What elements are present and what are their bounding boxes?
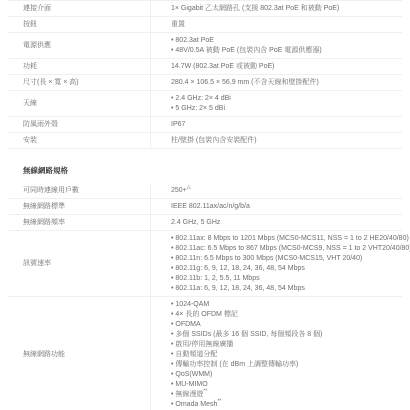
value-text: IP67 — [171, 121, 185, 128]
value-text: 250+ — [171, 187, 187, 194]
row-value: 802.3at PoE48V/0.5A 被動 PoE (包裝內含 PoE 電源供… — [150, 33, 402, 58]
value-line: 280.4 × 106.5 × 56.9 mm (不含天線和壁掛配件) — [171, 78, 396, 88]
value-text: 無線漫遊 — [175, 391, 203, 398]
value-text: 48V/0.5A 被動 PoE (包裝內含 PoE 電源供應器) — [175, 47, 321, 54]
value-line: Omada Mesh** — [171, 400, 396, 410]
value-text: 802.11a: 6, 9, 12, 18, 24, 36, 48, 54 Mb… — [175, 285, 304, 292]
row-value: 1× Gigabit 乙太網路孔 (支援 802.3at PoE 和被動 PoE… — [150, 1, 402, 16]
value-text: 1× Gigabit 乙太網路孔 (支援 802.3at PoE 和被動 PoE… — [171, 5, 339, 12]
value-line: 802.11g: 6, 9, 12, 18, 24, 36, 48, 54 Mb… — [171, 264, 410, 274]
row-label: 電源供應 — [8, 33, 150, 58]
row-value: 802.11ax: 8 Mbps to 1201 Mbps (MCS0-MCS1… — [150, 231, 410, 296]
value-text: 5 GHz: 2× 5 dBi — [175, 105, 225, 112]
value-line: 1024-QAM — [171, 300, 396, 310]
value-text: 重置 — [171, 21, 185, 28]
value-line: 傳輸功率控制 (在 dBm 上調整傳輸功率) — [171, 360, 396, 370]
value-text: MU-MIMO — [175, 381, 207, 388]
row-label: 無線網路頻率 — [8, 215, 150, 230]
value-line: 802.11b: 1, 2, 5.5, 11 Mbps — [171, 274, 410, 284]
spec-row: 電源供應802.3at PoE48V/0.5A 被動 PoE (包裝內含 PoE… — [8, 33, 402, 59]
value-text: 802.11n: 6.5 Mbps to 300 Mbps (MCS0-MCS1… — [175, 255, 362, 262]
value-line: 48V/0.5A 被動 PoE (包裝內含 PoE 電源供應器) — [171, 46, 396, 56]
value-line: 802.11n: 6.5 Mbps to 300 Mbps (MCS0-MCS1… — [171, 254, 410, 264]
value-line: QoS(WMM) — [171, 370, 396, 380]
value-text: 自動頻道分配 — [175, 351, 217, 358]
value-line: 802.11a: 6, 9, 12, 18, 24, 36, 48, 54 Mb… — [171, 284, 410, 294]
value-line: 4× 長的 OFDM 標記 — [171, 310, 396, 320]
value-text: 280.4 × 106.5 × 56.9 mm (不含天線和壁掛配件) — [171, 79, 319, 86]
row-value: 2.4 GHz, 5 GHz — [150, 215, 402, 230]
value-text: 802.11g: 6, 9, 12, 18, 24, 36, 48, 54 Mb… — [175, 265, 304, 272]
value-line: 多個 SSIDs (最多 16 個 SSID, 每個頻段各 8 個) — [171, 330, 396, 340]
footnote-marker: △ — [187, 184, 191, 190]
value-line: 5 GHz: 2× 5 dBi — [171, 104, 396, 114]
spec-row: 天線2.4 GHz: 2× 4 dBi5 GHz: 2× 5 dBi — [8, 91, 402, 117]
row-label: 訊號速率 — [8, 231, 150, 296]
value-line: 柱/壁掛 (包裝內含安裝配件) — [171, 136, 396, 146]
spec-row: 連接介面1× Gigabit 乙太網路孔 (支援 802.3at PoE 和被動… — [8, 1, 402, 17]
value-line: 802.11ac: 6.5 Mbps to 867 Mbps (MCS0-MCS… — [171, 244, 410, 254]
row-label: 連接介面 — [8, 1, 150, 16]
value-text: 14.7W (802.3at PoE 或被動 PoE) — [171, 63, 275, 70]
spec-row: 無線網路頻率2.4 GHz, 5 GHz — [8, 215, 402, 231]
value-line: IP67 — [171, 120, 396, 130]
row-value: 柱/壁掛 (包裝內含安裝配件) — [150, 133, 402, 148]
value-text: 802.3at PoE — [175, 37, 214, 44]
row-value: IEEE 802.11ax/ac/n/g/b/a — [150, 199, 402, 214]
value-text: OFDMA — [175, 321, 200, 328]
spec-row: 尺寸(長 × 寬 × 高)280.4 × 106.5 × 56.9 mm (不含… — [8, 75, 402, 91]
spec-table: 連接介面1× Gigabit 乙太網路孔 (支援 802.3at PoE 和被動… — [8, 0, 402, 149]
footnote-marker: ** — [217, 398, 221, 404]
row-value: 1024-QAM4× 長的 OFDM 標記OFDMA多個 SSIDs (最多 1… — [150, 297, 402, 410]
value-text: 2.4 GHz: 2× 4 dBi — [175, 95, 230, 102]
value-line: 802.11ax: 8 Mbps to 1201 Mbps (MCS0-MCS1… — [171, 234, 410, 244]
value-line: 14.7W (802.3at PoE 或被動 PoE) — [171, 62, 396, 72]
footnote-marker: ** — [203, 388, 207, 394]
value-text: 2.4 GHz, 5 GHz — [171, 219, 220, 226]
value-text: 柱/壁掛 (包裝內含安裝配件) — [171, 137, 257, 144]
row-label: 防風雨外殼 — [8, 117, 150, 132]
value-line: 802.3at PoE — [171, 36, 396, 46]
row-value: 重置 — [150, 17, 402, 32]
row-label: 無線網路功能 — [8, 297, 150, 410]
spec-row: 功耗14.7W (802.3at PoE 或被動 PoE) — [8, 59, 402, 75]
value-line: 2.4 GHz: 2× 4 dBi — [171, 94, 396, 104]
row-label: 可同時連線用戶數 — [8, 183, 150, 198]
value-line: 重置 — [171, 20, 396, 30]
spec-row: 無線網路標準IEEE 802.11ax/ac/n/g/b/a — [8, 199, 402, 215]
value-text: 多個 SSIDs (最多 16 個 SSID, 每個頻段各 8 個) — [175, 331, 322, 338]
value-text: 1024-QAM — [175, 301, 209, 308]
value-text: 802.11ac: 6.5 Mbps to 867 Mbps (MCS0-MCS… — [175, 245, 410, 252]
value-text: 啟用/停用無線廣播 — [175, 341, 233, 348]
section-title: 無線網路規格 — [8, 149, 402, 183]
row-value: 250+△ — [150, 183, 402, 198]
spec-page: 連接介面1× Gigabit 乙太網路孔 (支援 802.3at PoE 和被動… — [8, 0, 402, 410]
value-text: QoS(WMM) — [175, 371, 212, 378]
spec-row: 按鈕重置 — [8, 17, 402, 33]
row-label: 無線網路標準 — [8, 199, 150, 214]
row-label: 尺寸(長 × 寬 × 高) — [8, 75, 150, 90]
value-text: Omada Mesh — [175, 401, 217, 408]
value-line: OFDMA — [171, 320, 396, 330]
value-text: 4× 長的 OFDM 標記 — [175, 311, 237, 318]
value-line: 250+△ — [171, 186, 396, 196]
value-line: IEEE 802.11ax/ac/n/g/b/a — [171, 202, 396, 212]
value-text: IEEE 802.11ax/ac/n/g/b/a — [171, 203, 250, 210]
value-text: 802.11b: 1, 2, 5.5, 11 Mbps — [175, 275, 259, 282]
row-label: 天線 — [8, 91, 150, 116]
value-line: 啟用/停用無線廣播 — [171, 340, 396, 350]
spec-row: 訊號速率802.11ax: 8 Mbps to 1201 Mbps (MCS0-… — [8, 231, 402, 297]
value-line: 2.4 GHz, 5 GHz — [171, 218, 396, 228]
row-value: 2.4 GHz: 2× 4 dBi5 GHz: 2× 5 dBi — [150, 91, 402, 116]
spec-row: 防風雨外殼IP67 — [8, 117, 402, 133]
row-label: 功耗 — [8, 59, 150, 74]
spec-table: 可同時連線用戶數250+△無線網路標準IEEE 802.11ax/ac/n/g/… — [8, 183, 402, 410]
value-text: 802.11ax: 8 Mbps to 1201 Mbps (MCS0-MCS1… — [175, 235, 408, 242]
row-value: 14.7W (802.3at PoE 或被動 PoE) — [150, 59, 402, 74]
row-value: 280.4 × 106.5 × 56.9 mm (不含天線和壁掛配件) — [150, 75, 402, 90]
value-line: 自動頻道分配 — [171, 350, 396, 360]
row-label: 安裝 — [8, 133, 150, 148]
row-value: IP67 — [150, 117, 402, 132]
value-line: 無線漫遊** — [171, 390, 396, 400]
row-label: 按鈕 — [8, 17, 150, 32]
value-text: 傳輸功率控制 (在 dBm 上調整傳輸功率) — [175, 361, 298, 368]
spec-row: 安裝柱/壁掛 (包裝內含安裝配件) — [8, 133, 402, 149]
value-line: 1× Gigabit 乙太網路孔 (支援 802.3at PoE 和被動 PoE… — [171, 4, 396, 14]
spec-row: 可同時連線用戶數250+△ — [8, 183, 402, 199]
spec-row: 無線網路功能1024-QAM4× 長的 OFDM 標記OFDMA多個 SSIDs… — [8, 297, 402, 410]
